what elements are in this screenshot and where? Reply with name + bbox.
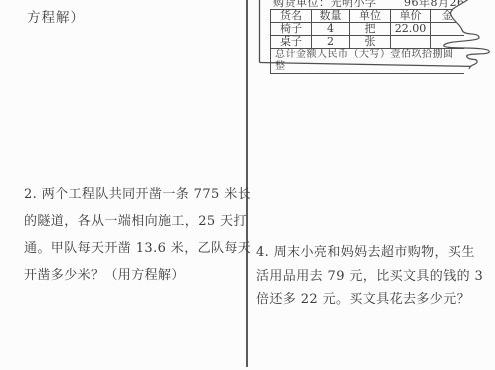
problem-4: 4. 周末小亮和妈妈去超市购物，买生 活用品用去 79 元，比买文具的钱的 3 … (256, 241, 483, 312)
receipt-row-desks: 桌子 2 张 (271, 36, 464, 49)
problem1-residual-text: 方程解） (27, 6, 85, 26)
receipt-cell (431, 23, 464, 36)
problem-2-line: 2. 两个工程队共同开凿一条 775 米长 (24, 181, 251, 208)
problem-2-line: 通。甲队每天开凿 13.6 米，乙队每天 (24, 235, 251, 262)
receipt-cell: 桌子 (271, 36, 312, 49)
receipt-col-header: 数量 (312, 10, 350, 23)
receipt-cell (431, 36, 464, 49)
receipt-cell: 张 (350, 36, 391, 49)
problem-2-line: 的隧道，各从一端相向施工，25 天打 (24, 208, 251, 235)
receipt-cell: 2 (312, 36, 350, 49)
receipt-illustration: 购货单位：光明小学 96年8月26日 货名 数量 单位 单价 金 椅子 4 把 … (248, 0, 495, 90)
receipt-cell: 椅子 (271, 23, 312, 36)
receipt-col-header: 单价 (391, 10, 431, 23)
receipt-col-header: 金 (431, 10, 464, 23)
worksheet-page: 方程解） 2. 两个工程队共同开凿一条 775 米长 的隧道，各从一端相向施工，… (0, 0, 495, 370)
problem-2-line: 开凿多少米？（用方程解） (24, 262, 251, 289)
problem-4-line: 倍还多 22 元。买文具花去多少元？ (256, 288, 483, 312)
receipt-col-header: 单位 (350, 10, 391, 23)
receipt-total-row: 总计金额人民币（大写）壹佰玖拾捌圆整 (271, 49, 464, 74)
problem-4-line: 活用品用去 79 元，比买文具的钱的 3 (256, 265, 483, 289)
receipt-cell: 把 (350, 23, 391, 36)
receipt-cell: 22.00 (391, 23, 431, 36)
receipt-cell (391, 36, 431, 49)
receipt-total-text: 总计金额人民币（大写）壹佰玖拾捌圆整 (271, 49, 464, 74)
receipt-col-header: 货名 (271, 10, 312, 23)
receipt-cell: 4 (312, 23, 350, 36)
receipt-header-row: 货名 数量 单位 单价 金 (271, 10, 464, 23)
receipt-row-chairs: 椅子 4 把 22.00 (271, 23, 464, 36)
receipt-table: 货名 数量 单位 单价 金 椅子 4 把 22.00 桌子 2 张 总 (270, 9, 464, 74)
problem-4-line: 4. 周末小亮和妈妈去超市购物，买生 (256, 241, 483, 265)
problem-2: 2. 两个工程队共同开凿一条 775 米长 的隧道，各从一端相向施工，25 天打… (24, 181, 251, 289)
